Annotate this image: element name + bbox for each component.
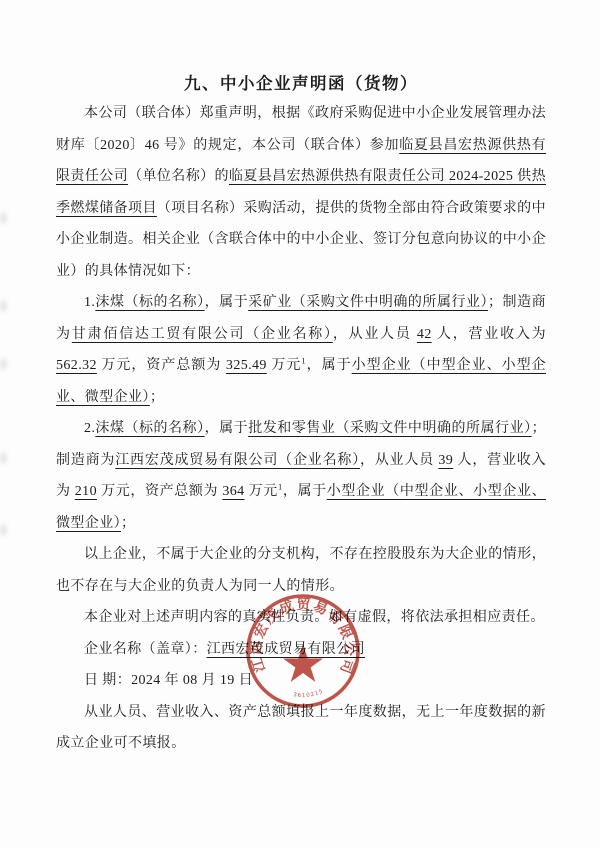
text-run: 从业人员、营业收入、资产总额填报上一年度数据，无上一年度数据的新成立企业可不填报…	[56, 705, 546, 752]
paragraph-6: 企业名称（盖章）：江西宏茂成贸易有限公司	[56, 634, 546, 666]
text-run: ，从业人员	[360, 453, 438, 468]
scan-smudge	[0, 212, 7, 224]
underlined-field: 39	[438, 453, 453, 468]
text-run: ；	[121, 516, 135, 531]
text-run: （单位名称）的	[128, 169, 229, 184]
underlined-field: 42	[417, 327, 432, 342]
paragraph-2: 1.沫煤（标的名称），属于采矿业（采购文件中明确的所属行业）；制造商为甘肃佰信达…	[56, 287, 546, 413]
text-run: ，属于	[283, 484, 327, 499]
underlined-field: 批发和零售业（采购文件中明确的所属行业）	[248, 421, 531, 436]
underlined-field: 江西宏茂成贸易有限公司（企业名称）	[115, 453, 360, 468]
paragraph-5: 本企业对上述声明内容的真实性负责。如有虚假，将依法承担相应责任。	[56, 602, 546, 634]
underlined-field: 沫煤（标的名称）	[95, 421, 204, 436]
text-run: 1.	[84, 295, 95, 310]
text-run: ，属于	[205, 295, 249, 310]
paragraph-4: 以上企业，不属于大企业的分支机构，不存在控股股东为大企业的情形，也不存在与大企业…	[56, 539, 546, 602]
text-run: 万元，资产总额为	[97, 358, 226, 373]
text-run: 2.	[84, 421, 95, 436]
document-title: 九、中小企业声明函（货物）	[56, 71, 546, 97]
paragraph-3: 2.沫煤（标的名称），属于批发和零售业（采购文件中明确的所属行业）；制造商为江西…	[56, 413, 546, 539]
underlined-field: 210	[75, 484, 97, 499]
text-run: ，属于	[306, 358, 352, 373]
scan-smudge	[0, 452, 7, 464]
text-run: ，从业人员	[333, 327, 417, 342]
document-body: 本公司（联合体）郑重声明，根据《政府采购促进中小企业发展管理办法财库〔2020〕…	[56, 98, 546, 760]
text-run: 万元，资产总额为	[97, 484, 222, 499]
text-run: 以上企业，不属于大企业的分支机构，不存在控股股东为大企业的情形，也不存在与大企业…	[56, 547, 546, 594]
text-run: 万元	[267, 358, 302, 373]
scan-smudge	[0, 300, 7, 312]
underlined-field: 364	[222, 484, 244, 499]
underlined-field: 沫煤（标的名称）	[95, 295, 204, 310]
text-run: ；	[150, 390, 164, 405]
underlined-field: 江西宏茂成贸易有限公司	[207, 642, 365, 657]
text-run: 万元	[245, 484, 278, 499]
scan-smudge	[0, 358, 7, 370]
underlined-field: 562.32	[56, 358, 97, 373]
declaration-document-page: 九、中小企业声明函（货物） 本公司（联合体）郑重声明，根据《政府采购促进中小企业…	[0, 0, 600, 848]
document-content: 九、中小企业声明函（货物） 本公司（联合体）郑重声明，根据《政府采购促进中小企业…	[56, 71, 546, 760]
text-run: ，属于	[205, 421, 249, 436]
text-run: 日 期：2024 年 08 月 19 日	[84, 673, 253, 688]
paragraph-7: 日 期：2024 年 08 月 19 日	[56, 665, 546, 697]
text-run: 企业名称（盖章）：	[84, 642, 207, 657]
paragraph-1: 本公司（联合体）郑重声明，根据《政府采购促进中小企业发展管理办法财库〔2020〕…	[56, 98, 546, 287]
underlined-field: 采矿业（采购文件中明确的所属行业）	[248, 295, 488, 310]
scan-smudge	[0, 524, 7, 536]
paragraph-8: 从业人员、营业收入、资产总额填报上一年度数据，无上一年度数据的新成立企业可不填报…	[56, 697, 546, 760]
text-run: 人，营业收入为	[432, 327, 546, 342]
underlined-field: 甘肃佰信达工贸有限公司（企业名称）	[72, 327, 333, 342]
underlined-field: 325.49	[226, 358, 267, 373]
text-run: 本企业对上述声明内容的真实性负责。如有虚假，将依法承担相应责任。	[84, 610, 545, 625]
